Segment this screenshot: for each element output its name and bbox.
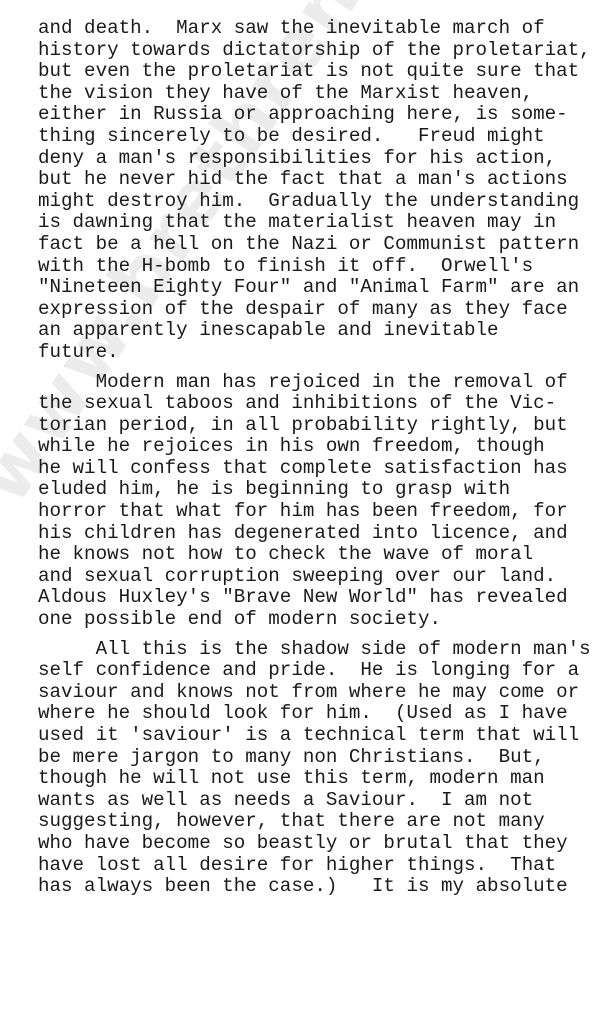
text-line: Modern man has rejoiced in the removal o…	[38, 372, 578, 394]
text-line: the sexual taboos and inhibitions of the…	[38, 393, 578, 415]
text-line: and death. Marx saw the inevitable march…	[38, 18, 578, 40]
text-line: but he never hid the fact that a man's a…	[38, 169, 578, 191]
text-line: "Nineteen Eighty Four" and "Animal Farm"…	[38, 277, 578, 299]
text-line: and sexual corruption sweeping over our …	[38, 566, 578, 588]
text-line: saviour and knows not from where he may …	[38, 682, 578, 704]
text-line: self confidence and pride. He is longing…	[38, 660, 578, 682]
text-line: who have become so beastly or brutal tha…	[38, 833, 578, 855]
paragraph-2: Modern man has rejoiced in the removal o…	[38, 372, 578, 631]
text-line: while he rejoices in his own freedom, th…	[38, 436, 578, 458]
text-line: has always been the case.) It is my abso…	[38, 876, 578, 898]
text-line: with the H-bomb to finish it off. Orwell…	[38, 256, 578, 278]
text-line: horror that what for him has been freedo…	[38, 501, 578, 523]
text-line: Aldous Huxley's "Brave New World" has re…	[38, 587, 578, 609]
text-line: one possible end of modern society.	[38, 609, 578, 631]
text-line: he will confess that complete satisfacti…	[38, 458, 578, 480]
text-line: used it 'saviour' is a technical term th…	[38, 725, 578, 747]
paragraph-3: All this is the shadow side of modern ma…	[38, 639, 578, 898]
text-line: either in Russia or approaching here, is…	[38, 104, 578, 126]
document-page: and death. Marx saw the inevitable march…	[38, 18, 578, 906]
text-line: history towards dictatorship of the prol…	[38, 40, 578, 62]
text-line: have lost all desire for higher things. …	[38, 855, 578, 877]
text-line: torian period, in all probability rightl…	[38, 415, 578, 437]
text-line: the vision they have of the Marxist heav…	[38, 83, 578, 105]
text-line: deny a man's responsibilities for his ac…	[38, 148, 578, 170]
text-line: fact be a hell on the Nazi or Communist …	[38, 234, 578, 256]
text-line: where he should look for him. (Used as I…	[38, 703, 578, 725]
text-line: is dawning that the materialist heaven m…	[38, 212, 578, 234]
text-line: his children has degenerated into licenc…	[38, 523, 578, 545]
text-line: be mere jargon to many non Christians. B…	[38, 747, 578, 769]
text-line: might destroy him. Gradually the underst…	[38, 191, 578, 213]
text-line: suggesting, however, that there are not …	[38, 811, 578, 833]
text-line: expression of the despair of many as the…	[38, 299, 578, 321]
text-line: All this is the shadow side of modern ma…	[38, 639, 578, 661]
text-line: but even the proletariat is not quite su…	[38, 61, 578, 83]
text-line: thing sincerely to be desired. Freud mig…	[38, 126, 578, 148]
text-line: wants as well as needs a Saviour. I am n…	[38, 790, 578, 812]
text-line: an apparently inescapable and inevitable	[38, 320, 578, 342]
text-line: though he will not use this term, modern…	[38, 768, 578, 790]
paragraph-1: and death. Marx saw the inevitable march…	[38, 18, 578, 364]
text-line: eluded him, he is beginning to grasp wit…	[38, 479, 578, 501]
text-line: he knows not how to check the wave of mo…	[38, 544, 578, 566]
text-line: future.	[38, 342, 578, 364]
